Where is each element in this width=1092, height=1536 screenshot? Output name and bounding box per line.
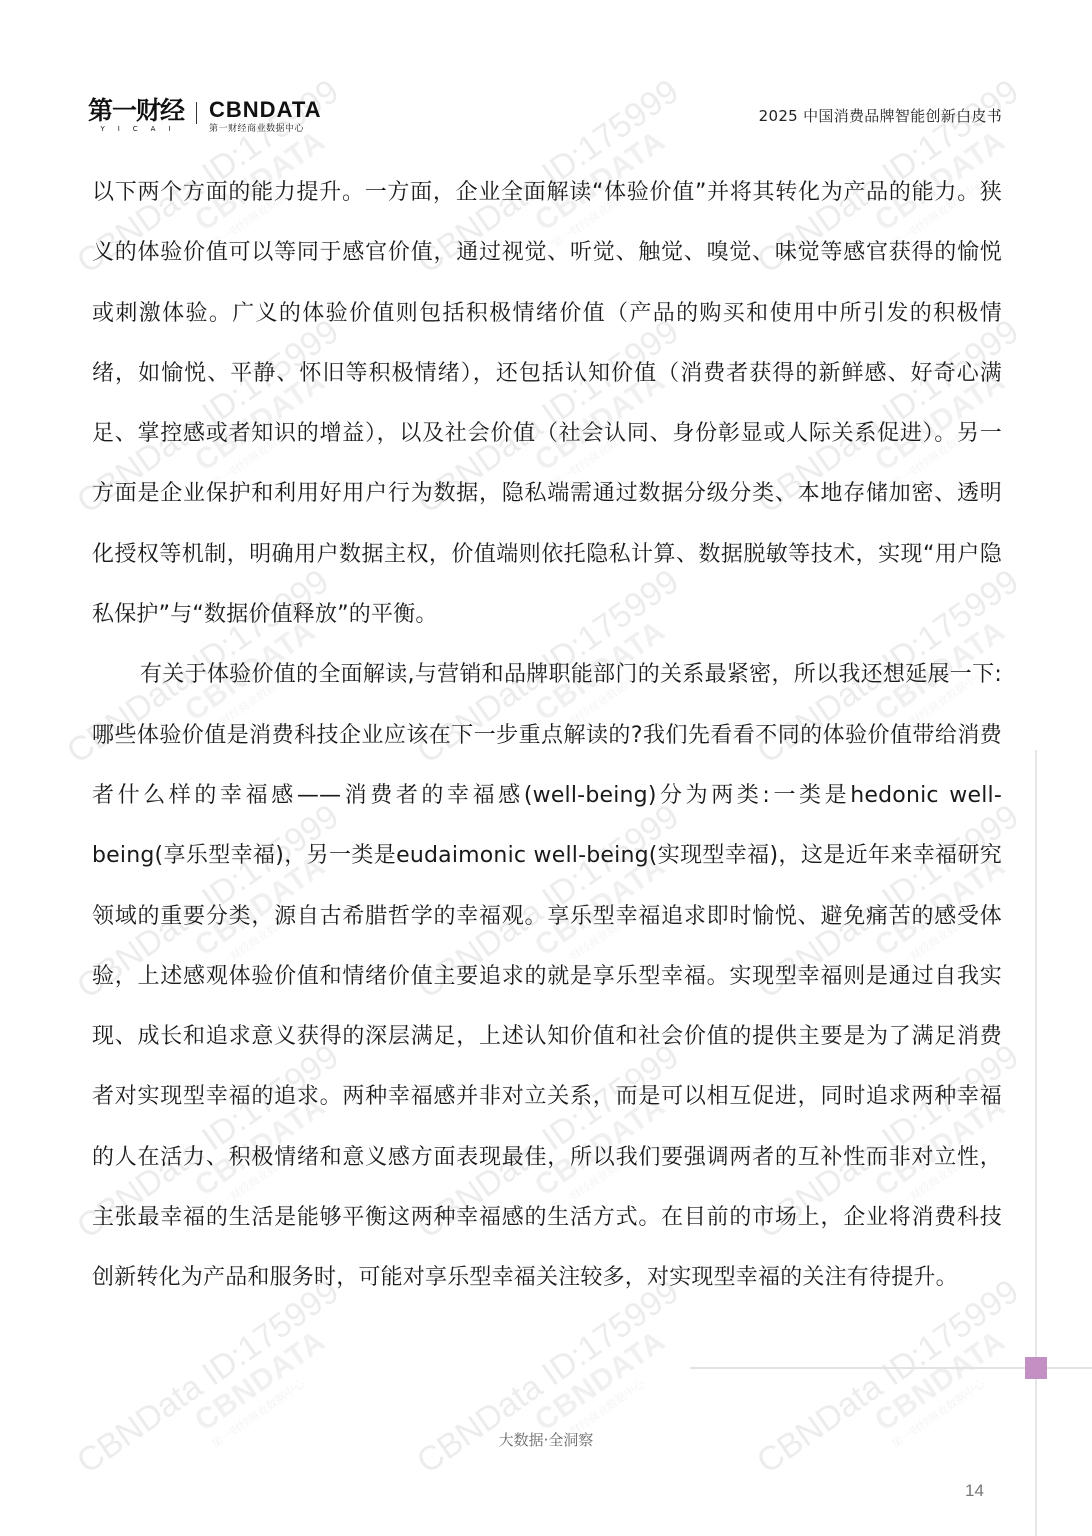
accent-square-icon: [1025, 1357, 1047, 1379]
paragraph: 有关于体验价值的全面解读,与营销和品牌职能部门的关系最紧密，所以我还想延展一下:…: [92, 645, 1002, 1308]
yicai-logo-en: YICAI: [100, 125, 183, 134]
yicai-logo-cn: 第一财经: [88, 98, 184, 124]
page-number: 14: [965, 1481, 984, 1501]
header-logo: 第一财经 YICAI CBNDATA 第一财经商业数据中心: [88, 98, 322, 138]
decorative-vertical-line: [1035, 750, 1037, 1536]
paragraph: 以下两个方面的能力提升。一方面，企业全面解读“体验价值”并将其转化为产品的能力。…: [92, 163, 1002, 645]
report-title: 2025 中国消费品牌智能创新白皮书: [759, 105, 1002, 126]
cbndata-logo-name: CBNDATA: [209, 98, 322, 122]
cbndata-logo: CBNDATA 第一财经商业数据中心: [209, 98, 322, 135]
yicai-logo: 第一财经 YICAI: [88, 98, 184, 134]
logo-divider: [196, 102, 197, 124]
cbndata-logo-sub: 第一财经商业数据中心: [209, 123, 322, 135]
footer-slogan: 大数据·全洞察: [0, 1429, 1092, 1450]
body-content: 以下两个方面的能力提升。一方面，企业全面解读“体验价值”并将其转化为产品的能力。…: [92, 163, 1002, 1309]
